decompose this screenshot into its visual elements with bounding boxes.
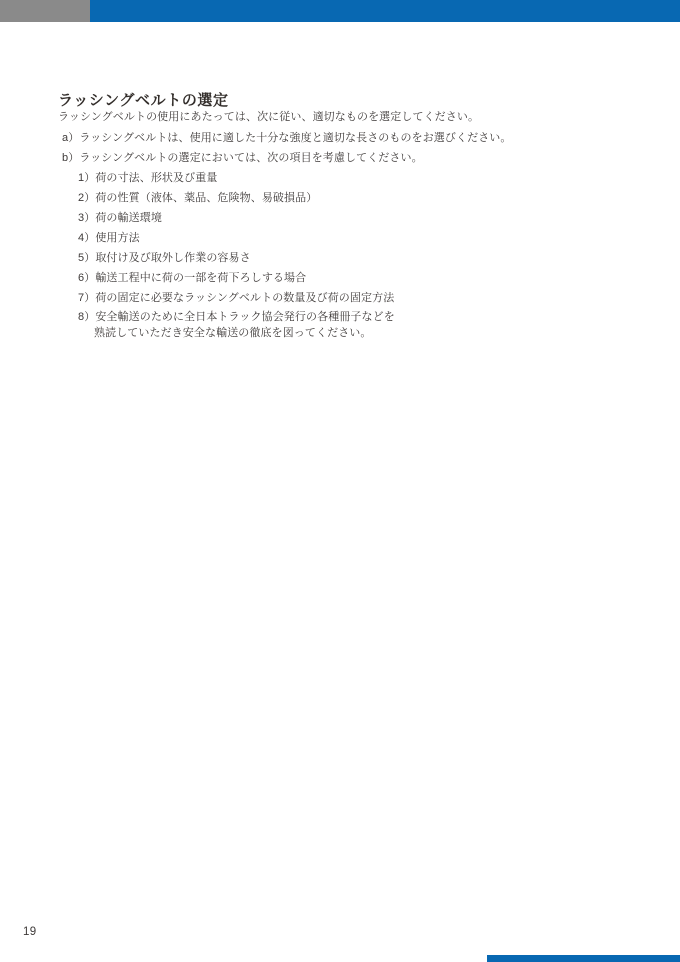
numbered-item-6: 6）輸送工程中に荷の一部を荷下ろしする場合: [78, 272, 306, 285]
numbered-item-3-label: 3）: [78, 212, 95, 224]
numbered-item-8-text: 安全輸送のために全日本トラック協会発行の各種冊子などを: [95, 311, 394, 323]
numbered-item-4-text: 使用方法: [95, 232, 139, 244]
header-bar-blue-segment: [90, 0, 680, 22]
lettered-item-b: b）ラッシングベルトの選定においては、次の項目を考慮してください。: [62, 152, 423, 165]
numbered-item-3-text: 荷の輸送環境: [95, 212, 162, 224]
numbered-item-2-label: 2）: [78, 192, 95, 204]
numbered-item-8: 8）安全輸送のために全日本トラック協会発行の各種冊子などを: [78, 311, 395, 324]
numbered-item-4: 4）使用方法: [78, 232, 140, 245]
numbered-item-3: 3）荷の輸送環境: [78, 212, 162, 225]
header-bar-gray-segment: [0, 0, 90, 22]
document-page: ラッシングベルトの選定 ラッシングベルトの使用にあたっては、次に従い、適切なもの…: [0, 0, 680, 962]
lettered-item-a: a）ラッシングベルトは、使用に適した十分な強度と適切な長さのものをお選びください…: [62, 132, 512, 145]
numbered-item-7-label: 7）: [78, 292, 95, 304]
footer-bar-blue-segment: [487, 955, 680, 962]
lettered-item-b-label: b）: [62, 152, 79, 164]
numbered-item-1: 1）荷の寸法、形状及び重量: [78, 172, 217, 185]
page-number: 19: [23, 926, 36, 938]
numbered-item-6-text: 輸送工程中に荷の一部を荷下ろしする場合: [95, 272, 306, 284]
numbered-item-6-label: 6）: [78, 272, 95, 284]
numbered-item-4-label: 4）: [78, 232, 95, 244]
lettered-item-a-label: a）: [62, 132, 79, 144]
numbered-item-5-text: 取付け及び取外し作業の容易さ: [95, 252, 250, 264]
numbered-item-1-label: 1）: [78, 172, 95, 184]
page-title: ラッシングベルトの選定: [58, 89, 229, 110]
numbered-item-7: 7）荷の固定に必要なラッシングベルトの数量及び荷の固定方法: [78, 292, 394, 305]
numbered-item-5: 5）取付け及び取外し作業の容易さ: [78, 252, 251, 265]
numbered-item-8-continuation: 熟読していただき安全な輸送の徹底を図ってください。: [94, 327, 372, 340]
numbered-item-1-text: 荷の寸法、形状及び重量: [95, 172, 217, 184]
numbered-item-5-label: 5）: [78, 252, 95, 264]
intro-text: ラッシングベルトの使用にあたっては、次に従い、適切なものを選定してください。: [58, 111, 479, 124]
numbered-item-2: 2）荷の性質（液体、薬品、危険物、易破損品）: [78, 192, 317, 205]
numbered-item-7-text: 荷の固定に必要なラッシングベルトの数量及び荷の固定方法: [95, 292, 394, 304]
numbered-item-2-text: 荷の性質（液体、薬品、危険物、易破損品）: [95, 192, 317, 204]
numbered-item-8-label: 8）: [78, 311, 95, 323]
lettered-item-a-text: ラッシングベルトは、使用に適した十分な強度と適切な長さのものをお選びください。: [79, 132, 511, 144]
lettered-item-b-text: ラッシングベルトの選定においては、次の項目を考慮してください。: [79, 152, 422, 164]
